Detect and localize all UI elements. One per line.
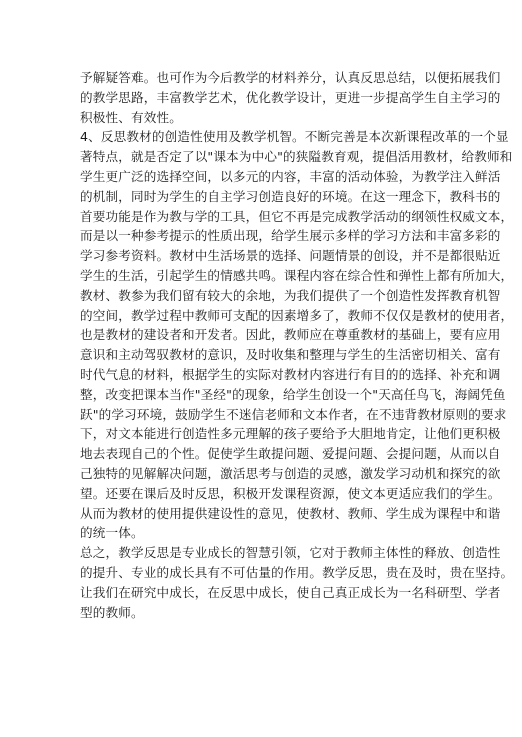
- text-line: 整，改变把课本当作"圣经"的现象，给学生创设一个"天高任鸟飞，海阔凭鱼: [80, 385, 456, 405]
- text-line: 学习参考资料。教材中生活场景的选择、问题情景的创设，并不是都很贴近: [80, 246, 456, 266]
- conclusion-line: 总之，教学反思是专业成长的智慧引领，它对于教师主体性的释放、创造性: [80, 543, 456, 563]
- text-line: 的空间，教学过程中教师可支配的因素增多了，教师不仅仅是教材的使用者，: [80, 306, 456, 326]
- text-line: 时代气息的材料，根据学生的实际对教材内容进行有目的的选择、补充和调: [80, 365, 456, 385]
- text-line: 让我们在研究中成长，在反思中成长，使自己真正成长为一名科研型、学者: [80, 583, 456, 603]
- text-line: 跃"的学习环境，鼓励学生不迷信老师和文本作者，在不违背教材原则的要求: [80, 405, 456, 425]
- text-line: 的提升、专业的成长具有不可估量的作用。教学反思，贵在及时，贵在坚持。: [80, 563, 456, 583]
- text-line: 学生的生活，引起学生的情感共鸣。课程内容在综合性和弹性上都有所加大，: [80, 266, 456, 286]
- text-line: 著特点，就是否定了以"课本为中心"的狭隘教育观，提倡活用教材，给教师和: [80, 147, 456, 167]
- document-page: 予解疑答难。也可作为今后教学的材料养分，认真反思总结，以便拓展我们 的教学思路，…: [0, 0, 522, 737]
- text-line: 的机制，同时为学生的自主学习创造良好的环境。在这一理念下，教科书的: [80, 187, 456, 207]
- text-line: 的统一体。: [80, 523, 456, 543]
- text-line: 积极性、有效性。: [80, 108, 456, 128]
- text-line: 的教学思路，丰富教学艺术，优化教学设计，更进一步提高学生自主学习的: [80, 88, 456, 108]
- text-line: 教材、教参为我们留有较大的余地，为我们提供了一个创造性发挥教育机智: [80, 286, 456, 306]
- text-line: 己独特的见解解决问题，激活思考与创造的灵感，激发学习动机和探究的欲: [80, 464, 456, 484]
- text-line: 从而为教材的使用提供建设性的意见，使教材、教师、学生成为课程中和谐: [80, 504, 456, 524]
- text-line: 意识和主动驾驭教材的意识，及时收集和整理与学生的生活密切相关、富有: [80, 345, 456, 365]
- text-line: 地去表现自己的个性。促使学生敢提问题、爱提问题、会提问题，从而以自: [80, 444, 456, 464]
- text-line: 也是教材的建设者和开发者。因此，教师应在尊重教材的基础上，要有应用: [80, 325, 456, 345]
- text-line: 下，对文本能进行创造性多元理解的孩子要给予大胆地肯定，让他们更积极: [80, 424, 456, 444]
- text-line: 望。还要在课后及时反思，积极开发课程资源，使文本更适应我们的学生。: [80, 484, 456, 504]
- text-line: 予解疑答难。也可作为今后教学的材料养分，认真反思总结，以便拓展我们: [80, 68, 456, 88]
- text-line: 首要功能是作为教与学的工具，但它不再是完成教学活动的纲领性权威文本，: [80, 207, 456, 227]
- text-line: 而是以一种参考提示的性质出现，给学生展示多样的学习方法和丰富多彩的: [80, 226, 456, 246]
- document-body: 予解疑答难。也可作为今后教学的材料养分，认真反思总结，以便拓展我们 的教学思路，…: [80, 68, 456, 622]
- text-line: 学生更广泛的选择空间，以多元的内容，丰富的活动体验，为教学注入鲜活: [80, 167, 456, 187]
- section-4-heading-line: 4、反思教材的创造性使用及教学机智。不断完善是本次新课程改革的一个显: [80, 127, 456, 147]
- text-line: 型的教师。: [80, 603, 456, 623]
